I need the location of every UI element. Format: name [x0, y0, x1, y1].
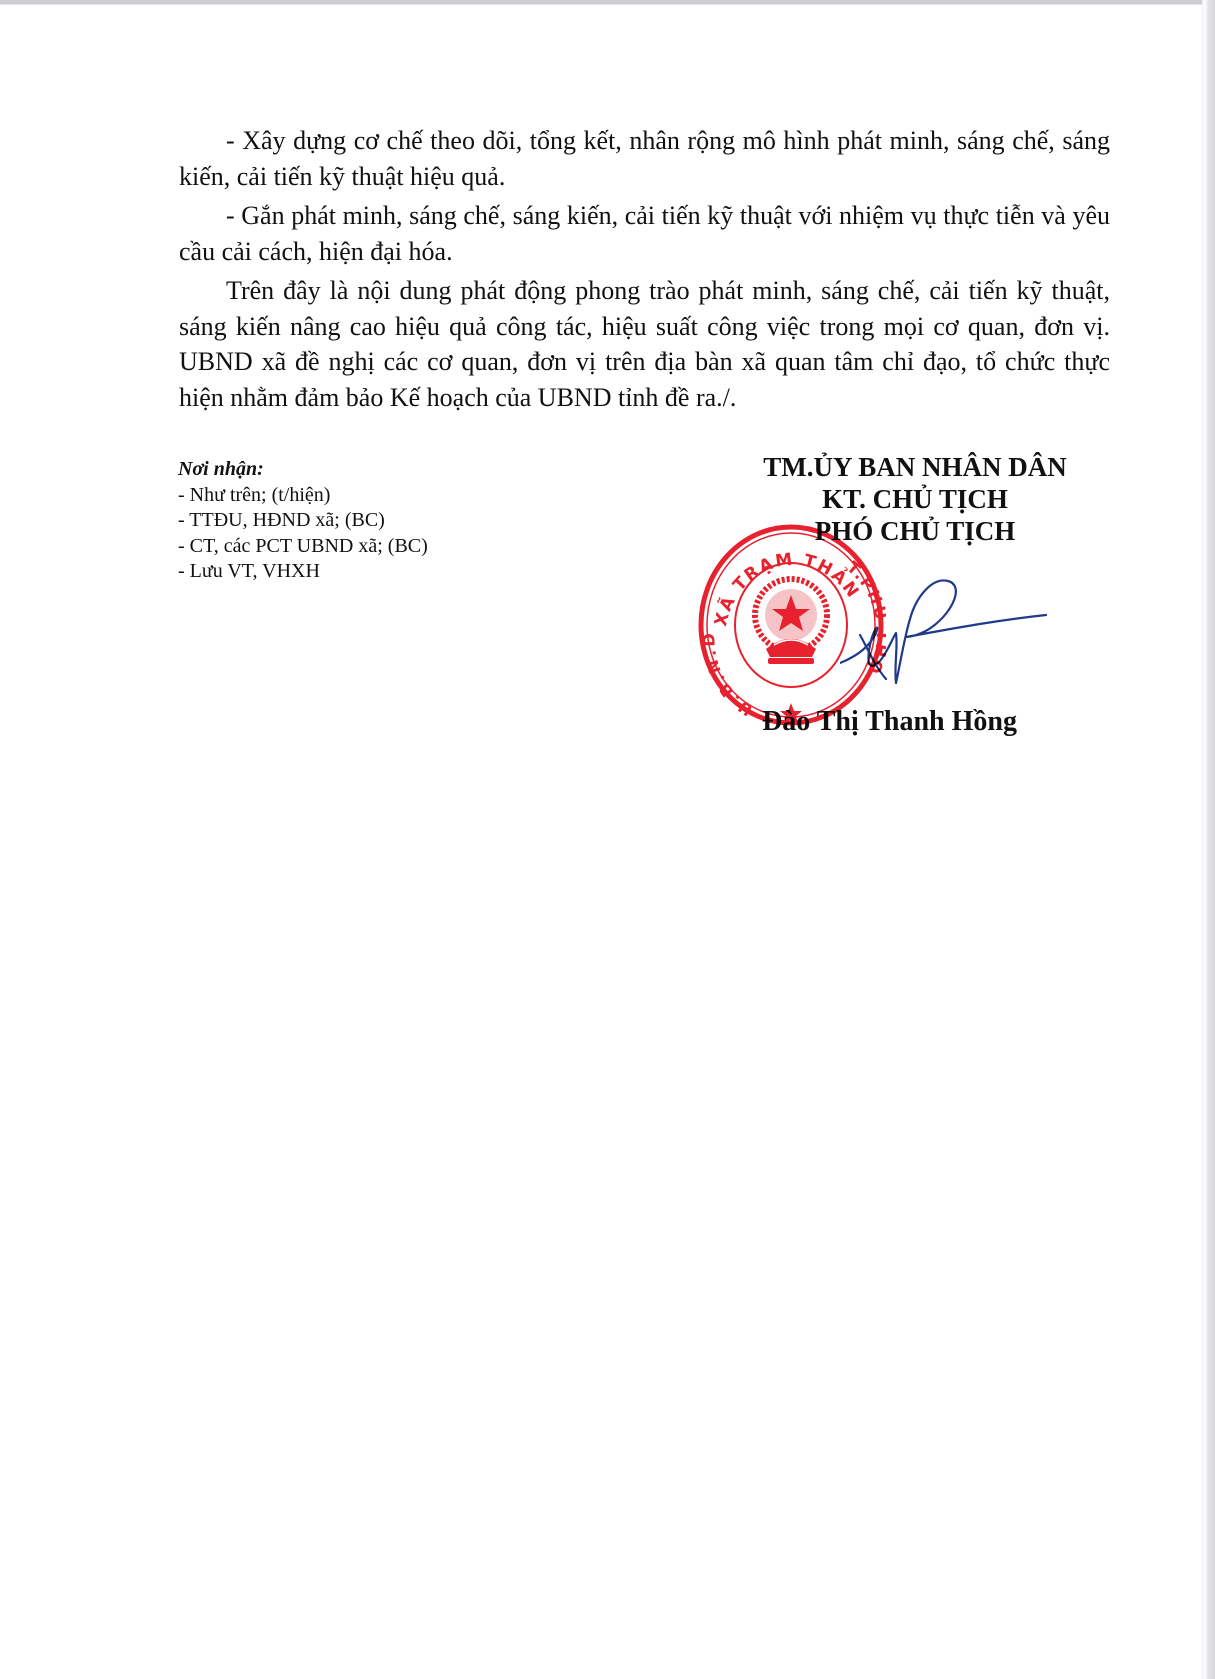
recipient-item: - Như trên; (t/hiện) — [178, 483, 578, 509]
svg-text:U.B.N.D: U.B.N.D — [699, 630, 756, 720]
document-page: - Xây dựng cơ chế theo dõi, tổng kết, nh… — [0, 5, 1202, 1679]
signature-title-org: TM.ỦY BAN NHÂN DÂN — [700, 451, 1130, 483]
recipients-heading: Nơi nhận: — [178, 457, 578, 483]
window-right-edge — [1202, 0, 1215, 1679]
recipients-block: Nơi nhận: - Như trên; (t/hiện) - TTĐU, H… — [178, 457, 578, 585]
recipient-item: - Lưu VT, VHXH — [178, 559, 578, 585]
paragraph-bullet-2: - Gắn phát minh, sáng chế, sáng kiến, cả… — [179, 198, 1110, 269]
document-body: - Xây dựng cơ chế theo dõi, tổng kết, nh… — [179, 123, 1110, 419]
recipient-item: - TTĐU, HĐND xã; (BC) — [178, 508, 578, 534]
paragraph-bullet-1: - Xây dựng cơ chế theo dõi, tổng kết, nh… — [179, 123, 1110, 194]
handwritten-signature-icon — [840, 575, 1050, 695]
paragraph-conclusion: Trên đây là nội dung phát động phong trà… — [179, 273, 1110, 415]
signature-title-on-behalf: KT. CHỦ TỊCH — [700, 483, 1130, 515]
recipient-item: - CT, các PCT UBND xã; (BC) — [178, 534, 578, 560]
